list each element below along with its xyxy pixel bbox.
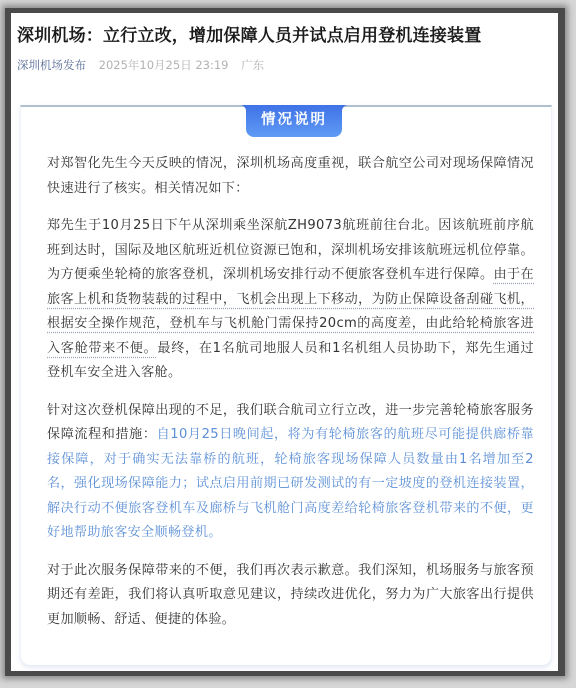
paragraph-measures: 针对这次登机保障出现的不足，我们联合航司立行立改，进一步完善轮椅旅客服务保障流程… <box>47 399 534 546</box>
article-title: 深圳机场：立行立改，增加保障人员并试点启用登机连接装置 <box>17 21 481 46</box>
author-link[interactable]: 深圳机场发布 <box>17 58 86 72</box>
paragraph-incident: 郑先生于10月25日下午从深圳乘坐深航ZH9073航班前往台北。因该航班前序航班… <box>47 214 534 386</box>
measures-highlight-text: 自10月25日晚间起，将为有轮椅旅客的航班尽可能提供廊桥靠接保障，对于确实无法靠… <box>47 427 534 540</box>
incident-text: 郑先生于10月25日下午从深圳乘坐深航ZH9073航班前往台北。因该航班前序航班… <box>47 218 534 282</box>
article-meta: 深圳机场发布 2025年10月25日 23:19 广东 <box>17 57 264 73</box>
paragraph-intro: 对郑智化先生今天反映的情况，深圳机场高度重视，联合航空公司对现场保障情况快速进行… <box>47 152 534 201</box>
statement-badge: 情况说明 <box>246 105 342 137</box>
article-page: 深圳机场：立行立改，增加保障人员并试点启用登机连接装置 深圳机场发布 2025年… <box>11 13 558 671</box>
publish-date: 2025年10月25日 23:19 <box>99 58 229 72</box>
paragraph-apology: 对于此次服务保障带来的不便，我们再次表示歉意。我们深知，机场服务与旅客预期还有差… <box>47 559 534 633</box>
statement-card: 情况说明 对郑智化先生今天反映的情况，深圳机场高度重视，联合航空公司对现场保障情… <box>20 105 552 666</box>
publish-location: 广东 <box>241 58 264 72</box>
statement-body: 对郑智化先生今天反映的情况，深圳机场高度重视，联合航空公司对现场保障情况快速进行… <box>47 152 534 644</box>
